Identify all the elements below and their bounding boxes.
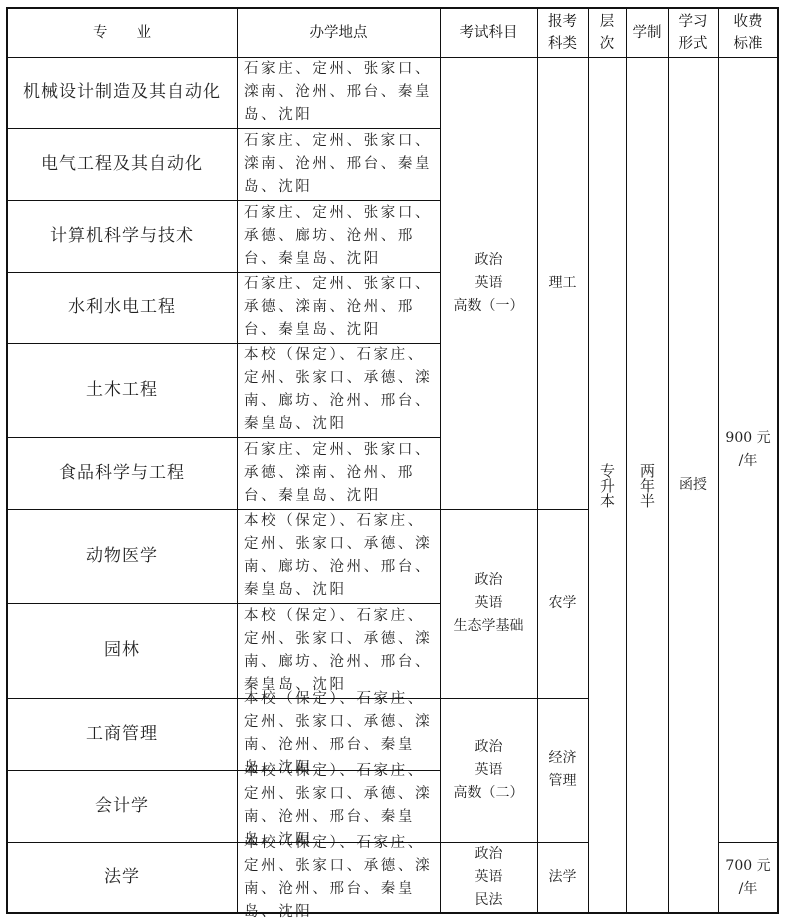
fee-cell-900: 900 元 /年 [718,57,778,842]
grid-line [6,128,440,129]
major-cell: 食品科学与工程 [7,437,237,509]
location-cell: 石家庄、定州、张家口、滦南、沧州、邢台、秦皇岛、沈阳 [237,128,440,200]
major-cell: 电气工程及其自动化 [7,128,237,200]
exam-subjects-group: 政治 英语 民法 [440,842,537,913]
duration-label: 两年半 [637,463,657,508]
location-cell: 本校（保定）、石家庄、定州、张家口、承德、滦南、廊坊、沧州、邢台、秦皇岛、沈阳 [237,603,440,698]
location-cell: 石家庄、定州、张家口、承德、廊坊、沧州、邢台、秦皇岛、沈阳 [237,200,440,272]
table-border-right [777,7,779,914]
grid-line [6,770,440,771]
location-cell: 石家庄、定州、张家口、承德、滦南、沧州、邢台、秦皇岛、沈阳 [237,437,440,509]
table-border-bottom [6,912,779,914]
grid-line [6,343,440,344]
exam-category-group: 法学 [537,842,588,913]
exam-subjects-group: 政治 英语 生态学基础 [440,509,537,698]
exam-subjects-group: 政治 英语 高数（一） [440,57,537,509]
grid-line [588,7,589,914]
grid-line [6,509,588,510]
study-mode-cell: 函授 [668,57,718,913]
header-exam-subjects: 考试科目 [440,8,537,57]
header-fee: 收费 标准 [718,8,778,57]
grid-line [626,7,627,914]
grid-line [718,842,778,843]
header-exam-subjects-label: 考试科目 [460,22,518,44]
major-cell: 会计学 [7,770,237,842]
grid-line [237,7,238,914]
location-cell: 石家庄、定州、张家口、滦南、沧州、邢台、秦皇岛、沈阳 [237,57,440,128]
major-cell: 土木工程 [7,343,237,437]
header-major-label: 专 业 [93,22,151,44]
grid-line [668,7,669,914]
grid-line [718,7,719,914]
major-cell: 计算机科学与技术 [7,200,237,272]
grid-line [6,272,440,273]
major-cell: 动物医学 [7,509,237,603]
header-exam-category: 报考 科类 [537,8,588,57]
grid-line [537,7,538,914]
grid-line [6,437,440,438]
grid-line [6,603,440,604]
level-cell: 专升本 [588,57,626,913]
table-border-left [6,7,8,914]
major-cell: 机械设计制造及其自动化 [7,57,237,128]
location-cell: 石家庄、定州、张家口、承德、滦南、沧州、邢台、秦皇岛、沈阳 [237,272,440,343]
location-cell: 本校（保定）、石家庄、定州、张家口、承德、滦南、廊坊、沧州、邢台、秦皇岛、沈阳 [237,509,440,603]
header-study-mode: 学习 形式 [668,8,718,57]
header-level: 层 次 [588,8,626,57]
header-duration: 学制 [626,8,668,57]
table-border-top [6,7,779,9]
fee-cell-700: 700 元 /年 [718,842,778,913]
major-cell: 水利水电工程 [7,272,237,343]
location-cell: 本校（保定）、石家庄、定州、张家口、承德、滦南、廊坊、沧州、邢台、秦皇岛、沈阳 [237,343,440,437]
admissions-table: 专 业 办学地点 考试科目 报考 科类 层 次 学制 学习 形式 收费 标准 机… [0,0,785,920]
grid-line [6,698,588,699]
grid-line [6,200,440,201]
location-cell: 本校（保定）、石家庄、定州、张家口、承德、滦南、沧州、邢台、秦皇岛、沈阳 [237,842,440,913]
grid-line [6,842,588,843]
level-label: 专升本 [597,463,617,508]
exam-category-group: 农学 [537,509,588,698]
exam-subjects-group: 政治 英语 高数（二） [440,698,537,842]
major-cell: 法学 [7,842,237,913]
grid-line [6,57,779,58]
header-major: 专 业 [7,8,237,57]
grid-line [440,7,441,914]
major-cell: 园林 [7,603,237,698]
exam-category-group: 经济 管理 [537,698,588,842]
header-location-label: 办学地点 [310,22,368,44]
exam-category-group: 理工 [537,57,588,509]
duration-cell: 两年半 [626,57,668,913]
major-cell: 工商管理 [7,698,237,770]
header-location: 办学地点 [237,8,440,57]
